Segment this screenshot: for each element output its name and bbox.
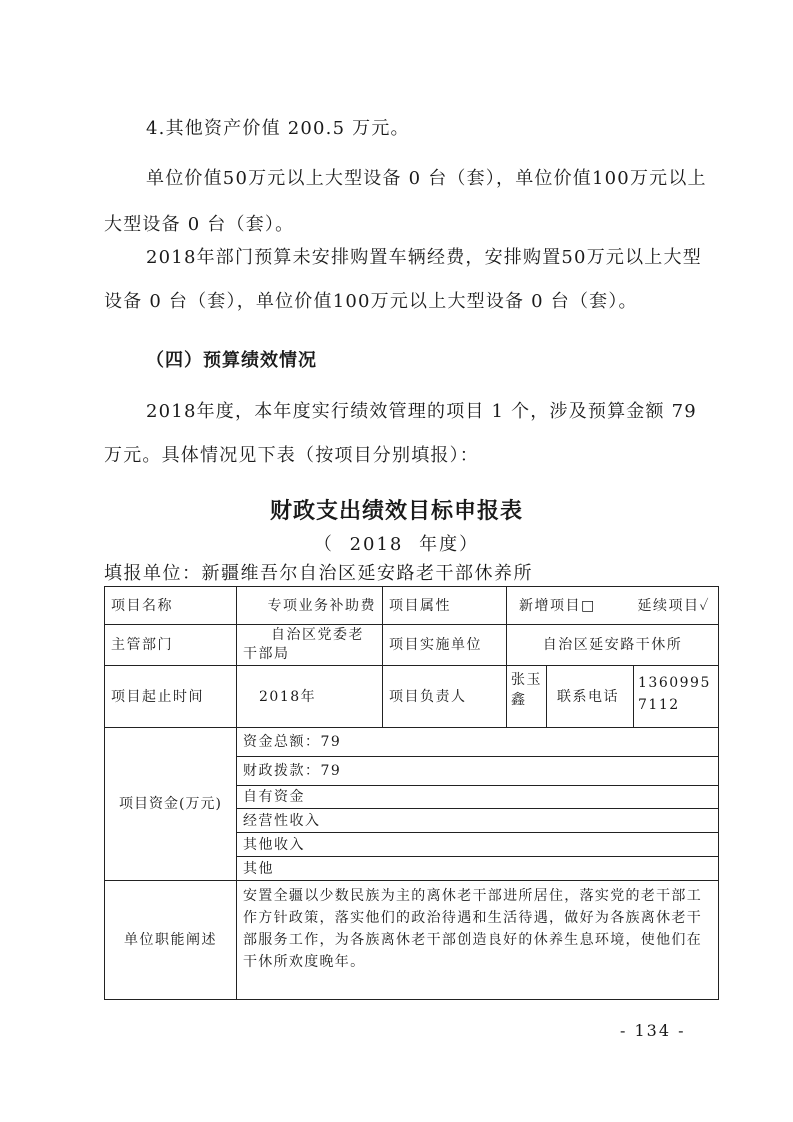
- label-project-attribute: 项目属性: [383, 587, 507, 625]
- page-number: - 134 -: [620, 1021, 686, 1040]
- value-supervising-dept: 自治区党委老干部局: [237, 625, 383, 666]
- table-year: （ 2018 年度）: [0, 530, 793, 556]
- label-project-funding: 项目资金(万元): [105, 728, 237, 881]
- label-unit-function: 单位职能阐述: [105, 881, 237, 999]
- funding-other: 其他: [237, 857, 718, 881]
- funding-other-income: 其他收入: [237, 833, 718, 857]
- table-title: 财政支出绩效目标申报表: [0, 494, 793, 525]
- label-implementing-unit: 项目实施单位: [383, 625, 507, 666]
- project-attribute-options: 新增项目□ 延续项目✓: [507, 587, 718, 625]
- option-continuing-project: 延续项目✓: [637, 596, 710, 616]
- value-project-owner: 张玉鑫: [507, 666, 547, 728]
- funding-operating-income: 经营性收入: [237, 809, 718, 833]
- value-implementing-unit: 自治区延安路干休所: [507, 625, 718, 666]
- funding-total: 资金总额：79: [237, 728, 718, 757]
- performance-target-table: 项目名称 专项业务补助费 项目属性 新增项目□ 延续项目✓ 主管部门 自治区党委…: [104, 586, 719, 1000]
- value-unit-function: 安置全疆以少数民族为主的离休老干部进所居住，落实党的老干部工作方针政策，落实他们…: [237, 881, 718, 999]
- paragraph-large-equipment: 单位价值50万元以上大型设备 0 台（套），单位价值100万元以上大型设备 0 …: [104, 156, 719, 248]
- paragraph-other-assets: 4.其他资产价值 200.5 万元。: [104, 112, 719, 146]
- label-project-owner: 项目负责人: [383, 666, 507, 728]
- paragraph-performance-summary: 2018年度，本年度实行绩效管理的项目 1 个，涉及预算金额 79 万元。具体情…: [104, 390, 719, 478]
- filler-unit: 填报单位：新疆维吾尔自治区延安路老干部休养所: [104, 559, 533, 585]
- option-new-project: 新增项目□: [519, 596, 596, 616]
- funding-fiscal-appropriation: 财政拨款：79: [237, 757, 718, 786]
- value-project-period: 2018年: [237, 666, 383, 728]
- label-supervising-dept: 主管部门: [105, 625, 237, 666]
- label-project-period: 项目起止时间: [105, 666, 237, 728]
- section-heading-performance: （四）预算绩效情况: [146, 346, 317, 372]
- label-contact-phone: 联系电话: [547, 666, 634, 728]
- value-contact-phone: 13609957112: [634, 666, 718, 728]
- label-project-name: 项目名称: [105, 587, 237, 625]
- value-project-name: 专项业务补助费: [237, 587, 383, 625]
- paragraph-budget-vehicles: 2018年部门预算未安排购置车辆经费，安排购置50万元以上大型设备 0 台（套）…: [104, 236, 719, 324]
- funding-own-funds: 自有资金: [237, 786, 718, 809]
